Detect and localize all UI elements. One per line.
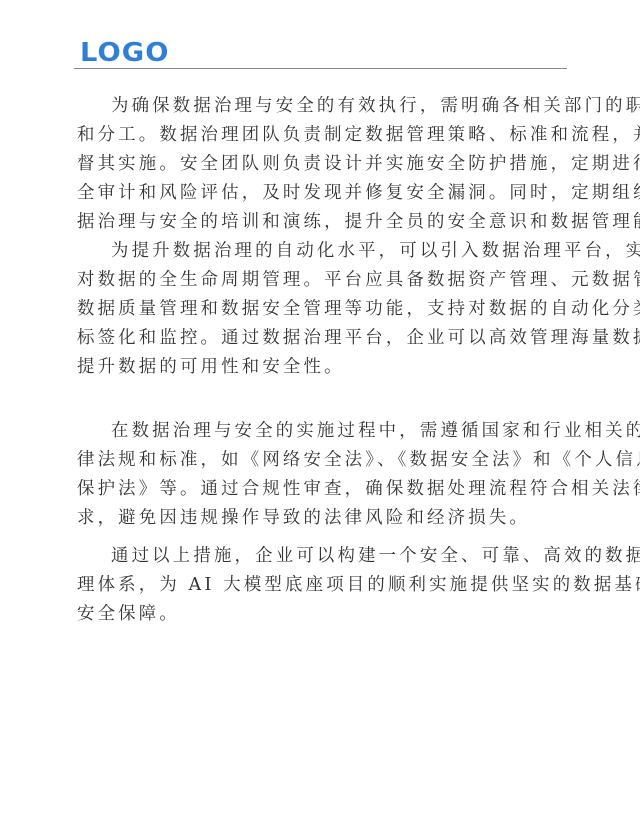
text-line: 保护法》等。通过合规性审查，确保数据处理流程符合相关法律要 [77,479,640,499]
text-line: 为提升数据治理的自动化水平，可以引入数据治理平台，实现 [111,241,640,261]
text-line: 和分工。数据治理团队负责制定数据管理策略、标准和流程，并监 [77,125,640,145]
text-line: 提升数据的可用性和安全性。 [77,357,345,377]
text-line: 理体系，为 AI 大模型底座项目的顺利实施提供坚实的数据基础和 [77,575,640,595]
text-line: 安全保障。 [77,604,180,624]
header-divider [74,68,567,69]
text-line: 为确保数据治理与安全的有效执行，需明确各相关部门的职责 [111,96,640,116]
text-line: 律法规和标准，如《网络安全法》、《数据安全法》和《个人信息 [77,450,640,470]
text-line: 对数据的全生命周期管理。平台应具备数据资产管理、元数据管理、 [77,270,640,290]
text-line: 全审计和风险评估，及时发现并修复安全漏洞。同时，定期组织数 [77,183,640,203]
text-line: 标签化和监控。通过数据治理平台，企业可以高效管理海量数据， [77,328,640,348]
text-line: 据治理与安全的培训和演练，提升全员的安全意识和数据管理能力。 [77,212,640,232]
text-line: 通过以上措施，企业可以构建一个安全、可靠、高效的数据治 [111,546,640,566]
logo: LOGO [80,40,169,66]
text-line: 数据质量管理和数据安全管理等功能，支持对数据的自动化分类、 [77,299,640,319]
text-line: 督其实施。安全团队则负责设计并实施安全防护措施，定期进行安 [77,154,640,174]
text-line: 在数据治理与安全的实施过程中，需遵循国家和行业相关的法 [111,421,640,441]
text-line: 求，避免因违规操作导致的法律风险和经济损失。 [77,508,530,528]
